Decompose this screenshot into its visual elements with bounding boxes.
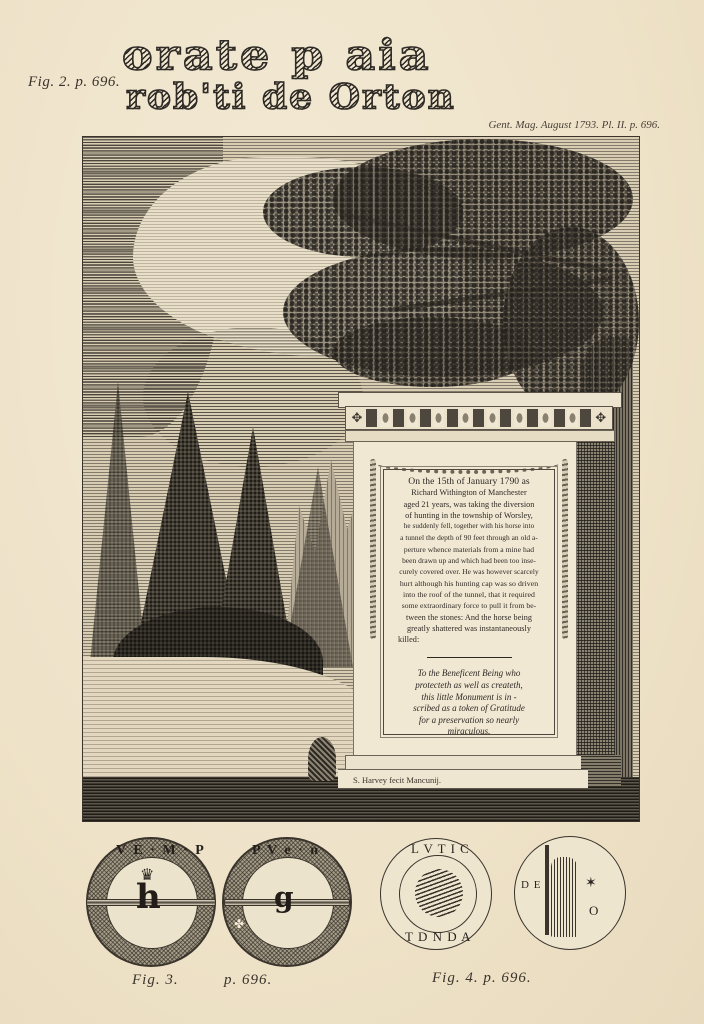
source-credit: Gent. Mag. August 1793. Pl. II. p. 696. [488,119,660,131]
engraver-signature: S. Harvey fecit Mancunij. [353,775,441,785]
coin-left: L V T I C T D N D A [380,838,492,950]
dedication-text: To the Beneficent Being who protecteth a… [390,668,548,738]
festoon-right [562,459,568,639]
dedication-line: miraculous. [390,726,548,738]
frieze-oval [407,409,418,427]
tree-foliage [503,227,639,417]
coin-legend: T D N D A [405,929,472,945]
inscription-line: Richard Withington of Manchester [390,487,548,498]
inscription-line: greatly shattered was instantaneously [390,623,548,634]
blackletter-inscription-line-2: rob'ti de Orton [126,77,456,117]
festoon-left [370,459,376,639]
frieze-block [500,409,511,427]
frieze-oval [487,409,498,427]
star-icon: ✶ [585,875,597,892]
inscription-line: killed: [390,634,548,645]
inscription-line: perture whence materials from a mine had [390,544,548,555]
foreground-plant [308,737,336,781]
frieze-block [554,409,565,427]
path [83,657,383,777]
coin-legend: D E [521,879,541,891]
frieze-oval [380,409,391,427]
coin-legend: O [589,903,599,919]
frieze-block [447,409,458,427]
dedication-line: scribed as a token of Gratitude [390,703,548,715]
pedestal-band [345,430,615,442]
inscription-line: some extraordinary force to pull it from… [390,600,548,611]
pedestal-side [575,439,615,761]
staff-icon [545,845,549,935]
inscription-line: hurt although his hunting cap was so dri… [390,578,548,589]
rosette-icon: ✥ [594,411,608,425]
engraving-plate: ✥ ✥ On the 15th of January 1790 as Richa… [82,136,640,822]
brooch-legend: P V e · n [252,843,320,859]
frieze-block [420,409,431,427]
coin-legend: L V T I C [411,841,470,857]
inscription-line: he suddenly fell, together with his hors… [390,521,548,532]
fig3-page: p. 696. [224,972,272,989]
frieze-oval [567,409,578,427]
frieze-block [366,409,377,427]
quatrefoil-icon: ✤ [234,917,244,932]
frieze-oval [433,409,444,427]
fig2-label: Fig. 2. p. 696. [28,74,120,91]
standing-figure-icon [551,857,577,937]
inscription-line: been drawn up and which had been too ins… [390,555,548,566]
tree-foliage [263,167,463,257]
frieze-block [580,409,591,427]
fig4-caption: Fig. 4. p. 696. [432,970,532,987]
pedestal-frieze: ✥ ✥ [345,406,613,430]
coin-right: ✶ D E O [514,836,626,950]
brooch-legend: V E · M · P [116,843,206,859]
frieze-oval [514,409,525,427]
frieze-oval [540,409,551,427]
rosette-icon: ✥ [350,411,364,425]
blackletter-inscription-line-1: orate p aia [122,30,432,80]
bust-icon [415,869,463,917]
frieze-block [473,409,484,427]
inscription-line: a tunnel the depth of 90 feet through an… [390,532,548,543]
dedication-line: this little Monument is in - [390,692,548,704]
frieze-block [527,409,538,427]
brooch-right: P V e · n g ✤ [222,837,352,967]
inscription-line: aged 21 years, was taking the diversion [390,499,548,510]
frieze-oval [460,409,471,427]
divider-rule [427,657,512,658]
inscription-line: tween the stones: And the horse being [390,612,548,623]
inscription-line: curely covered over. He was however scar… [390,566,548,577]
dedication-line: To the Beneficent Being who [390,668,548,680]
inscription-line: of hunting in the township of Worsley, [390,510,548,521]
dedication-line: protecteth as well as createth, [390,680,548,692]
crown-icon: ♛ [140,865,154,885]
monogram: g [274,881,294,914]
frieze-block [393,409,404,427]
fig3-caption: Fig. 3. [132,972,179,989]
inscription-line: into the roof of the tunnel, that it req… [390,589,548,600]
dedication-line: for a preservation so nearly [390,715,548,727]
inscription-text: On the 15th of January 1790 as Richard W… [390,476,548,645]
inscription-line: On the 15th of January 1790 as [390,476,548,487]
inscription-panel: On the 15th of January 1790 as Richard W… [383,469,555,735]
brooch-left: V E · M · P h ♛ [86,837,216,967]
